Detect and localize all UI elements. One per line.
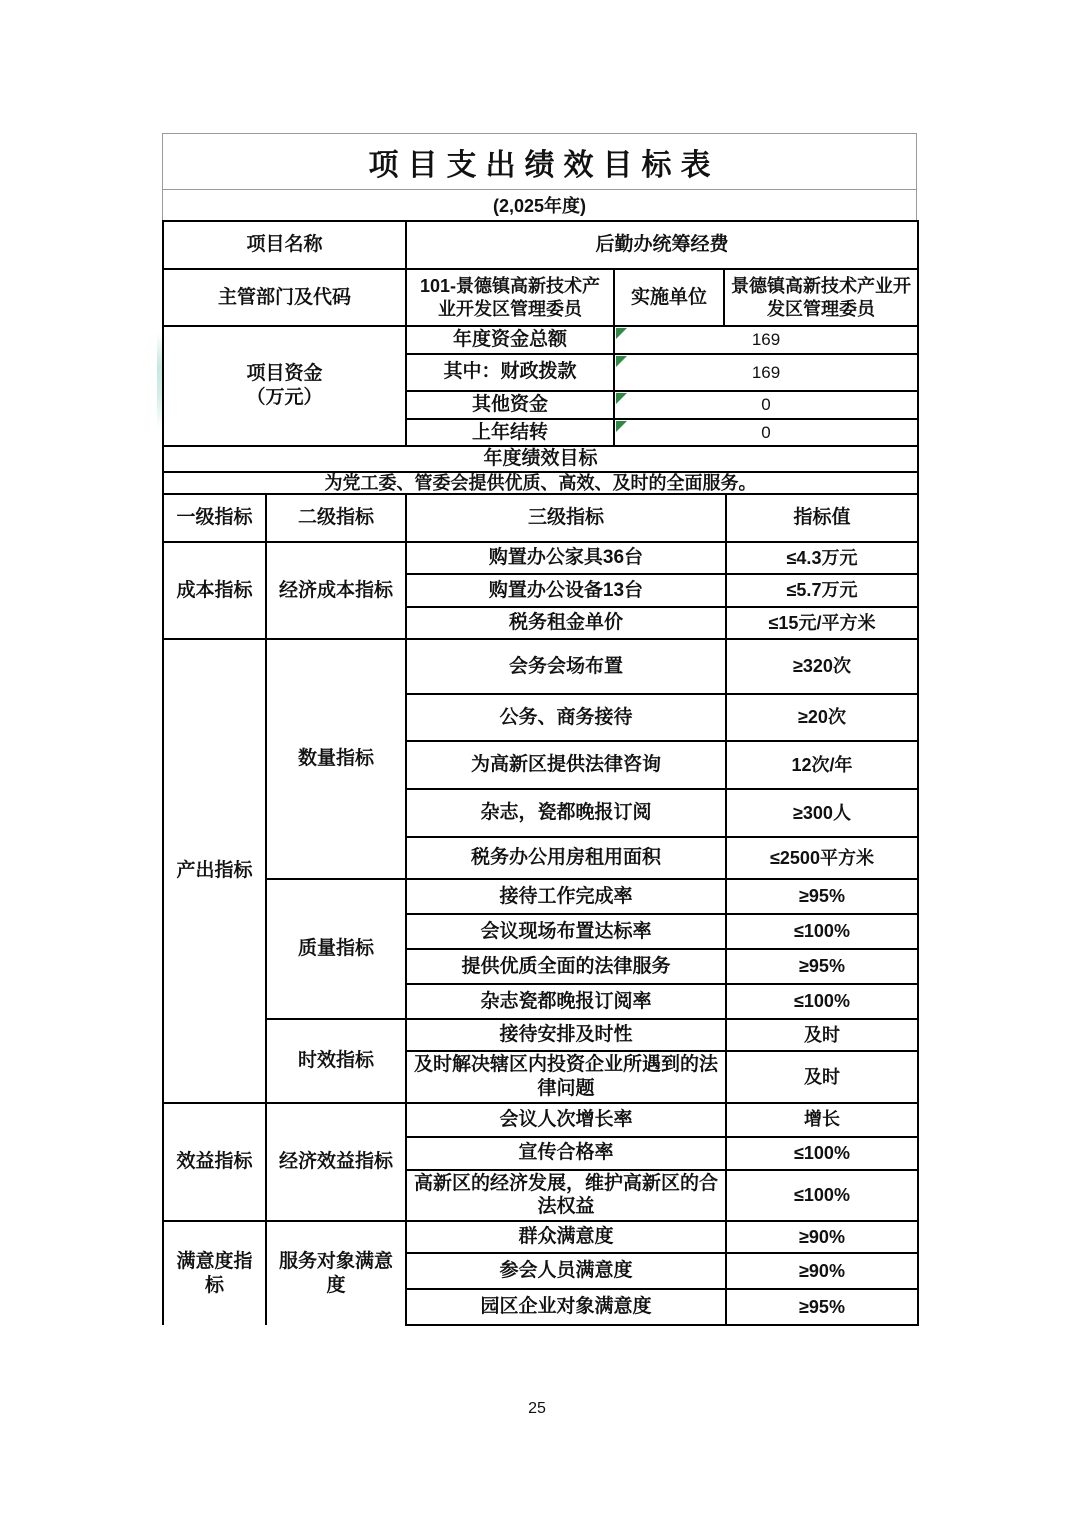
indicator-value: 增长 (726, 1103, 918, 1137)
cell-flag-icon (616, 421, 627, 432)
department-row: 主管部门及代码 101-景德镇高新技术产业开发区管理委员 实施单位 景德镇高新技… (163, 269, 918, 326)
funding-item-value: 169 (614, 354, 918, 391)
funding-item-label: 上年结转 (406, 419, 614, 447)
funding-item-amount: 0 (761, 423, 770, 442)
annual-goal-header: 年度绩效目标 (163, 446, 918, 472)
level3-indicator: 接待安排及时性 (406, 1019, 726, 1051)
indicator-header-row: 一级指标 二级指标 三级指标 指标值 (163, 494, 918, 542)
indicator-row: 效益指标经济效益指标会议人次增长率增长 (163, 1103, 918, 1137)
level3-indicator: 提供优质全面的法律服务 (406, 949, 726, 984)
funding-item-value: 0 (614, 419, 918, 447)
cell-flag-icon (616, 328, 627, 339)
indicator-row: 满意度指标服务对象满意度群众满意度≥90% (163, 1221, 918, 1253)
indicator-row: 质量指标接待工作完成率≥95% (163, 879, 918, 914)
level3-indicator: 税务租金单价 (406, 607, 726, 639)
funding-item-amount: 0 (761, 395, 770, 414)
indicator-row: 时效指标接待安排及时性及时 (163, 1019, 918, 1051)
table-title: 项目支出绩效目标表 (163, 134, 916, 189)
funding-row: 项目资金 （万元） 年度资金总额 169 (163, 326, 918, 354)
funding-item-amount: 169 (752, 330, 780, 349)
level2-indicator: 数量指标 (266, 639, 406, 879)
level3-indicator: 购置办公家具36台 (406, 542, 726, 574)
indicator-row: 成本指标经济成本指标购置办公家具36台≤4.3万元 (163, 542, 918, 574)
funding-item-value: 0 (614, 391, 918, 419)
level2-indicator: 经济成本指标 (266, 542, 406, 639)
level1-indicator: 产出指标 (163, 639, 266, 1103)
impl-unit-value: 景德镇高新技术产业开发区管理委员 (724, 269, 918, 326)
level1-indicator: 效益指标 (163, 1103, 266, 1222)
indicator-value: ≥95% (726, 1289, 918, 1325)
title-block: 项目支出绩效目标表 (2,025年度) (162, 133, 917, 220)
cell-flag-icon (616, 356, 627, 367)
level3-indicator: 杂志，瓷都晚报订阅 (406, 789, 726, 837)
funding-item-label: 年度资金总额 (406, 326, 614, 354)
level2-indicator: 时效指标 (266, 1019, 406, 1103)
level1-indicator: 成本指标 (163, 542, 266, 639)
level3-indicator: 公务、商务接待 (406, 694, 726, 741)
project-name-row: 项目名称 后勤办统筹经费 (163, 221, 918, 269)
level3-indicator: 会议人次增长率 (406, 1103, 726, 1137)
level3-indicator: 园区企业对象满意度 (406, 1289, 726, 1325)
indicator-value: ≤5.7万元 (726, 574, 918, 607)
department-label: 主管部门及代码 (163, 269, 406, 326)
indicator-value: ≥320次 (726, 639, 918, 694)
indicator-value: 及时 (726, 1051, 918, 1103)
level3-indicator: 购置办公设备13台 (406, 574, 726, 607)
level3-indicator: 税务办公用房租用面积 (406, 837, 726, 879)
funding-item-amount: 169 (752, 363, 780, 382)
funding-item-value: 169 (614, 326, 918, 354)
level3-indicator: 宣传合格率 (406, 1137, 726, 1170)
funding-label-line2: （万元） (168, 386, 401, 410)
indicator-value: 及时 (726, 1019, 918, 1051)
project-name-value: 后勤办统筹经费 (406, 221, 918, 269)
indicator-value: ≤100% (726, 1170, 918, 1222)
header-value: 指标值 (726, 494, 918, 542)
level3-indicator: 杂志瓷都晚报订阅率 (406, 984, 726, 1019)
performance-target-sheet: 项目支出绩效目标表 (2,025年度) 项目名称 后勤办统筹经费 主管部门及代码… (162, 133, 917, 1326)
level3-indicator: 及时解决辖区内投资企业所遇到的法律问题 (406, 1051, 726, 1103)
impl-unit-label: 实施单位 (614, 269, 724, 326)
level2-indicator: 服务对象满意度 (266, 1221, 406, 1325)
header-level3: 三级指标 (406, 494, 726, 542)
indicator-value: ≥90% (726, 1253, 918, 1289)
department-value: 101-景德镇高新技术产业开发区管理委员 (406, 269, 614, 326)
level3-indicator: 为高新区提供法律咨询 (406, 741, 726, 789)
annual-goal-header-row: 年度绩效目标 (163, 446, 918, 472)
indicator-value: ≥300人 (726, 789, 918, 837)
indicator-value: ≤100% (726, 1137, 918, 1170)
project-name-label: 项目名称 (163, 221, 406, 269)
document-page: 项目支出绩效目标表 (2,025年度) 项目名称 后勤办统筹经费 主管部门及代码… (0, 0, 1074, 1520)
level3-indicator: 接待工作完成率 (406, 879, 726, 914)
annual-goal-text: 为党工委、管委会提供优质、高效、及时的全面服务。 (163, 472, 918, 494)
indicator-value: ≥20次 (726, 694, 918, 741)
level3-indicator: 会务会场布置 (406, 639, 726, 694)
indicator-value: ≤100% (726, 914, 918, 949)
level2-indicator: 经济效益指标 (266, 1103, 406, 1222)
level3-indicator: 高新区的经济发展，维护高新区的合法权益 (406, 1170, 726, 1222)
level3-indicator: 会议现场布置达标率 (406, 914, 726, 949)
project-info-table: 项目名称 后勤办统筹经费 主管部门及代码 101-景德镇高新技术产业开发区管理委… (162, 220, 919, 495)
level3-indicator: 参会人员满意度 (406, 1253, 726, 1289)
indicator-value: ≤4.3万元 (726, 542, 918, 574)
header-level1: 一级指标 (163, 494, 266, 542)
indicator-value: ≤15元/平方米 (726, 607, 918, 639)
indicator-row: 产出指标数量指标会务会场布置≥320次 (163, 639, 918, 694)
level3-indicator: 群众满意度 (406, 1221, 726, 1253)
indicator-value: ≥90% (726, 1221, 918, 1253)
level1-indicator: 满意度指标 (163, 1221, 266, 1325)
indicator-value: ≤2500平方米 (726, 837, 918, 879)
table-subtitle: (2,025年度) (163, 189, 916, 220)
funding-label: 项目资金 （万元） (163, 326, 406, 446)
indicator-value: 12次/年 (726, 741, 918, 789)
annual-goal-text-row: 为党工委、管委会提供优质、高效、及时的全面服务。 (163, 472, 918, 494)
indicator-value: ≥95% (726, 879, 918, 914)
header-level2: 二级指标 (266, 494, 406, 542)
indicator-table: 一级指标 二级指标 三级指标 指标值 成本指标经济成本指标购置办公家具36台≤4… (162, 493, 919, 1326)
indicator-value: ≥95% (726, 949, 918, 984)
level2-indicator: 质量指标 (266, 879, 406, 1019)
indicator-value: ≤100% (726, 984, 918, 1019)
funding-item-label: 其中：财政拨款 (406, 354, 614, 391)
cell-flag-icon (616, 393, 627, 404)
funding-item-label: 其他资金 (406, 391, 614, 419)
funding-label-line1: 项目资金 (168, 362, 401, 386)
page-number: 25 (0, 1400, 1074, 1418)
